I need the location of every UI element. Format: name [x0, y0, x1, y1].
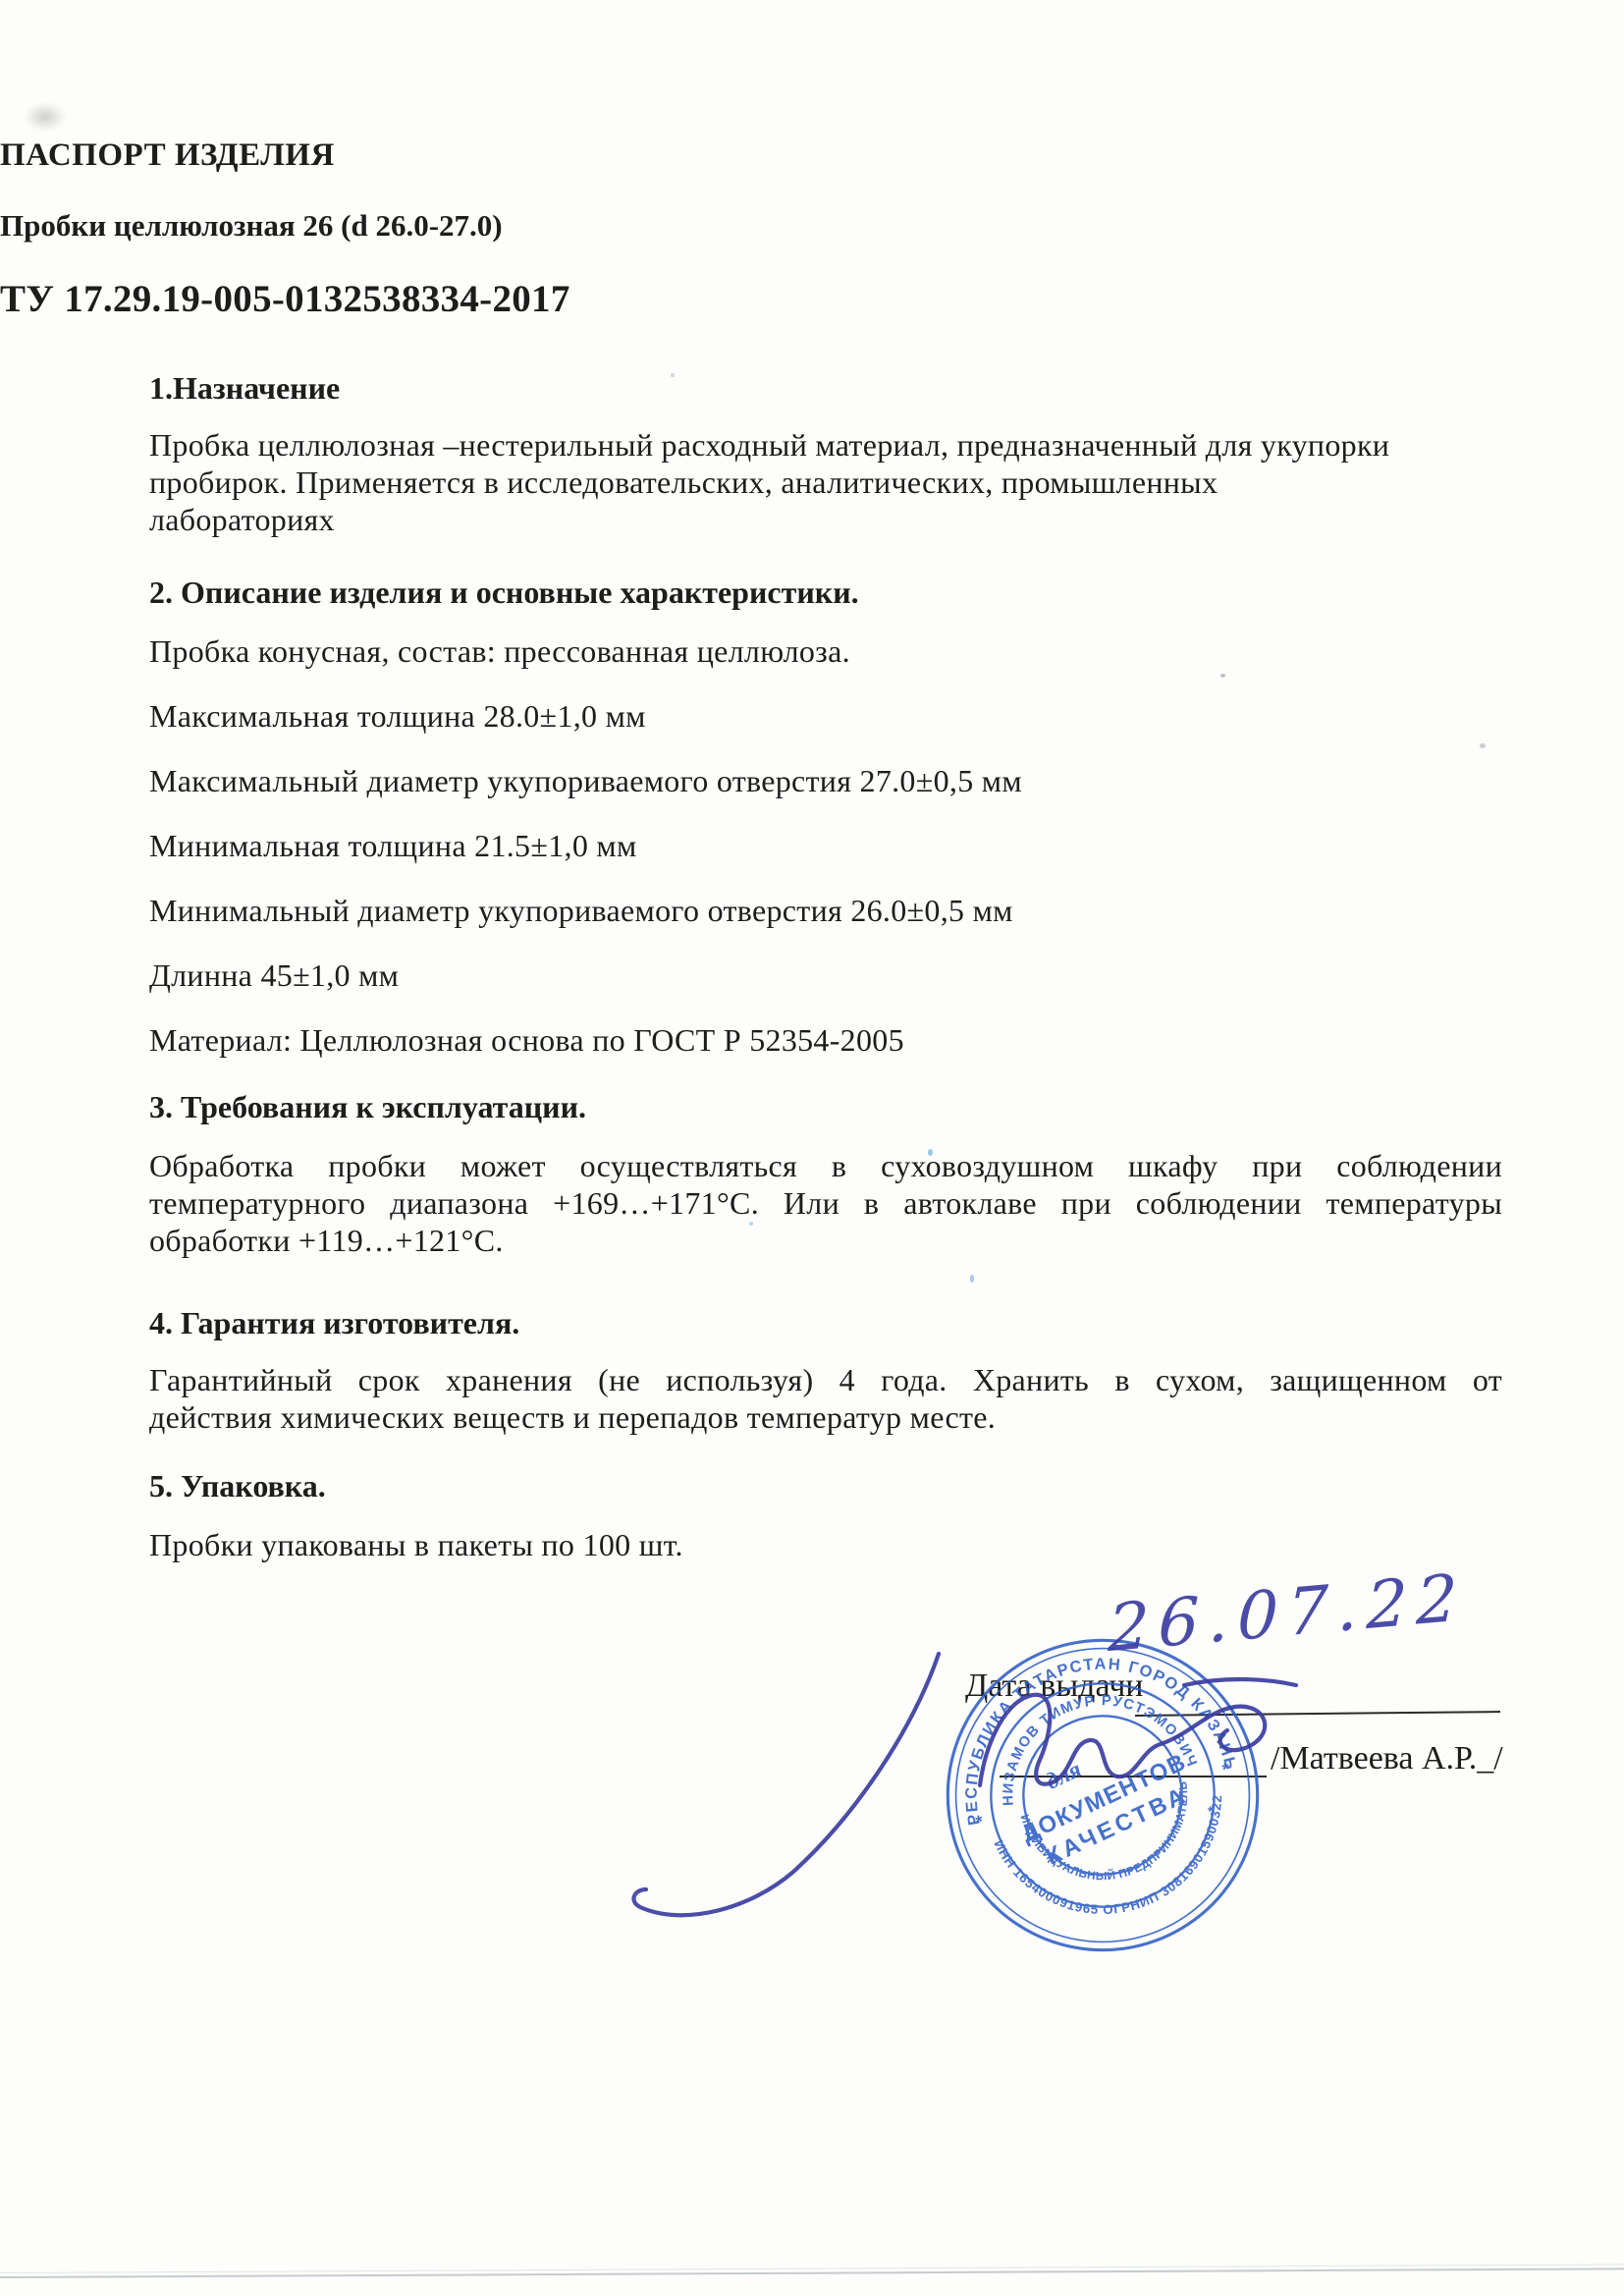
section-3-heading: 3. Требования к эксплуатации.	[149, 1088, 1502, 1125]
handwritten-signature	[589, 1591, 1375, 2003]
spec-item: Максимальный диаметр укупориваемого отве…	[149, 762, 1502, 799]
signature-stroke-loops	[980, 1695, 1265, 1785]
section-1-line: Пробка целлюлозная –нестерильный расходн…	[149, 426, 1502, 464]
section-1-line: пробирок. Применяется в исследовательски…	[149, 464, 1502, 501]
section-3-line: температурного диапазона +169…+171°С. Ил…	[149, 1184, 1502, 1222]
document-title: ПАСПОРТ ИЗДЕЛИЯ	[0, 137, 1624, 174]
product-name: Пробки целлюлозная 26 (d 26.0-27.0)	[0, 208, 1624, 244]
dust-speck	[671, 373, 675, 377]
scanned-document-page: ПАСПОРТ ИЗДЕЛИЯ Пробки целлюлозная 26 (d…	[0, 0, 1624, 2296]
signature-stroke-flourish	[1184, 1679, 1296, 1685]
scan-smudge-artifact	[24, 102, 67, 132]
section-2-heading: 2. Описание изделия и основные характери…	[149, 574, 1502, 611]
ink-speck	[928, 1149, 933, 1156]
section-1-heading: 1.Назначение	[149, 369, 1502, 407]
spec-item: Минимальный диаметр укупориваемого отвер…	[149, 892, 1502, 929]
spec-item: Длинна 45±1,0 мм	[149, 957, 1502, 994]
ink-speck	[970, 1275, 974, 1283]
dust-speck	[1220, 674, 1225, 678]
section-3-line: Обработка пробки может осуществляться в …	[149, 1147, 1502, 1184]
section-1-line: лабораториях	[149, 501, 1502, 538]
section-3-line: обработки +119…+121°С.	[149, 1222, 1502, 1259]
spec-item: Максимальная толщина 28.0±1,0 мм	[149, 697, 1502, 735]
dust-speck	[1480, 743, 1486, 748]
section-4-line: Гарантийный срок хранения (не используя)…	[149, 1361, 1502, 1398]
signature-stroke-diagonal	[633, 1654, 939, 1915]
section-5-heading: 5. Упаковка.	[149, 1467, 1502, 1504]
spec-item: Минимальная толщина 21.5±1,0 мм	[149, 827, 1502, 864]
ink-speck	[749, 1222, 753, 1226]
spec-item: Пробка конусная, состав: прессованная це…	[149, 632, 1502, 670]
spec-item: Материал: Целлюлозная основа по ГОСТ Р 5…	[149, 1021, 1502, 1059]
scan-edge-line	[0, 2268, 1624, 2278]
section-5-line: Пробки упакованы в пакеты по 100 шт.	[149, 1526, 1502, 1563]
section-4-line: действия химических веществ и перепадов …	[149, 1398, 1502, 1436]
section-4-heading: 4. Гарантия изготовителя.	[149, 1304, 1502, 1341]
document-body: 1.Назначение Пробка целлюлозная –нестери…	[149, 355, 1502, 1563]
tu-standard-number: ТУ 17.29.19-005-0132538334-2017	[0, 277, 1624, 321]
